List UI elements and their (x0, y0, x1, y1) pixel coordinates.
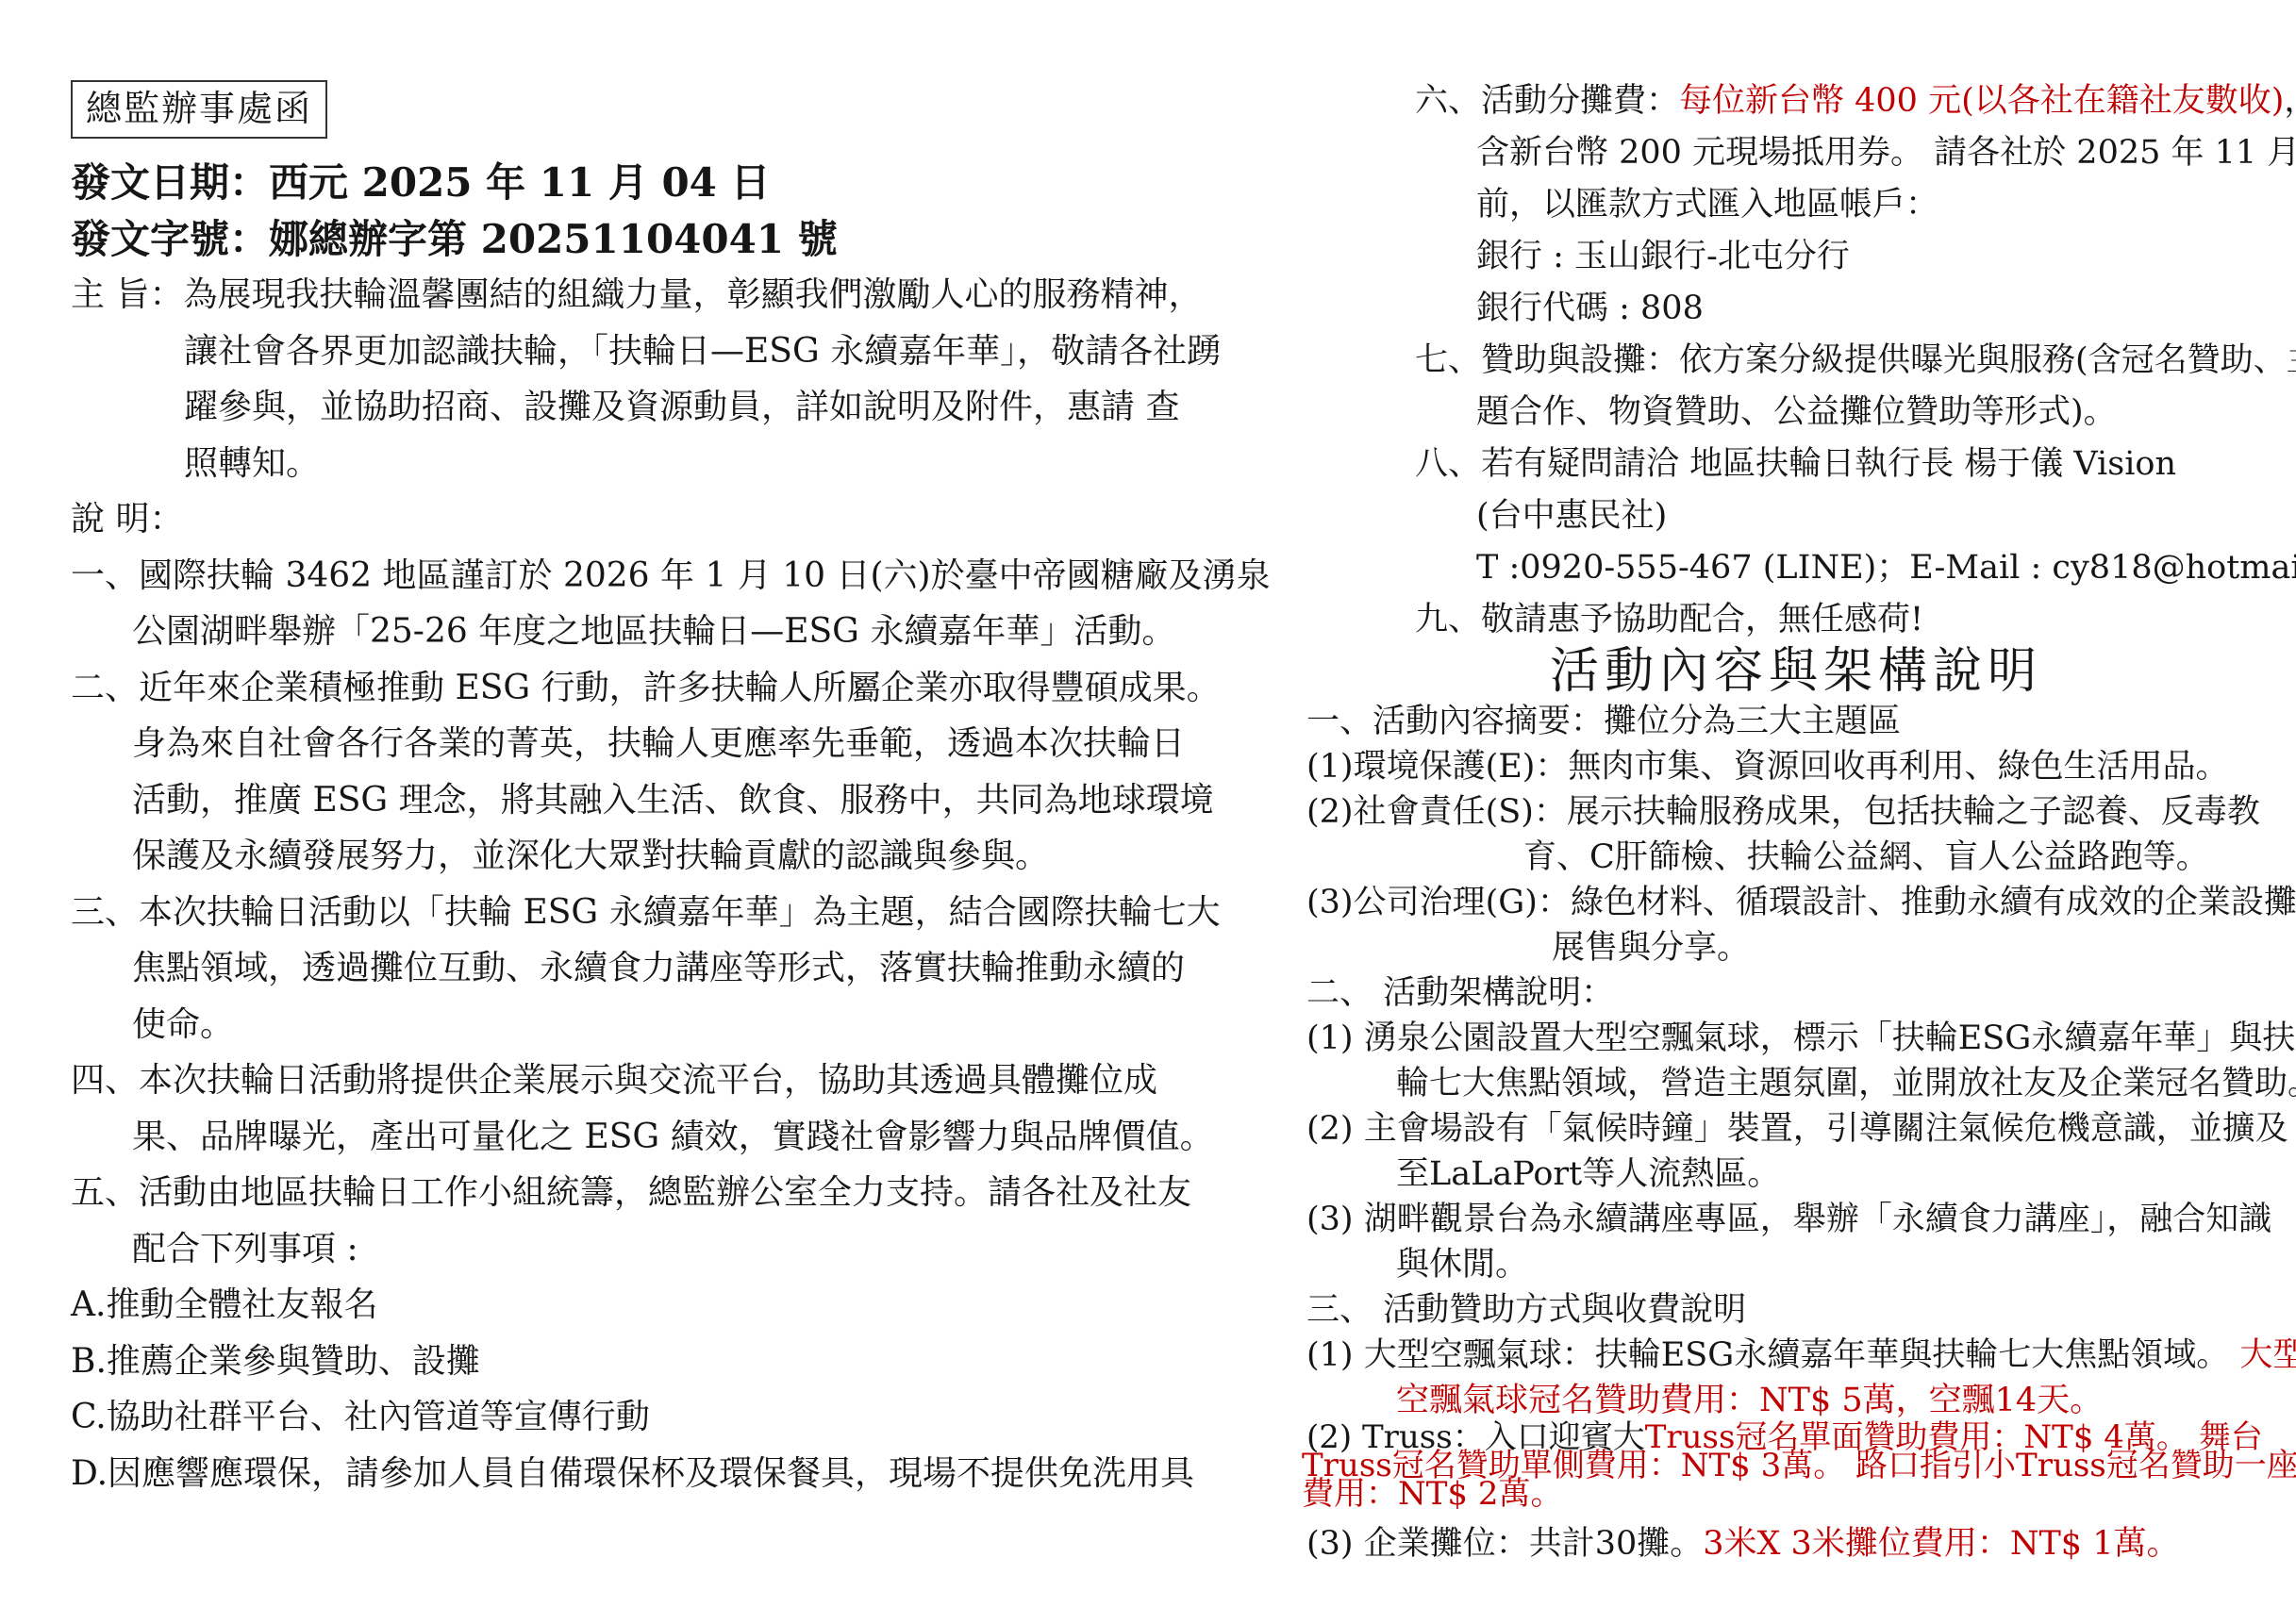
body-text: 一、活動內容摘要：攤位分為三大主題區 (1306, 703, 1901, 740)
doc-text-line: (台中惠民社) (1476, 490, 2296, 542)
body-text: (1) 大型空飄氣球：扶輪ESG永續嘉年華與扶輪七大焦點領域。 (1306, 1336, 2229, 1374)
body-text: 展售與分享。 (1552, 929, 1750, 967)
doc-text-line: (1)環境保護(E)：無肉市集、資源回收再利用、綠色生活用品。 (1306, 744, 2296, 789)
doc-text-line: (3) 湖畔觀景台為永續講座專區，舉辦「永續食力講座」，融合知識 (1306, 1197, 2296, 1242)
body-text: 七、贊助與設攤：依方案分級提供曝光與服務(含冠名贊助、主 (1415, 341, 2296, 379)
doc-text-line: 一、國際扶輪 3462 地區謹訂於 2026 年 1 月 10 日(六)於臺中帝… (71, 548, 1156, 605)
highlighted-red-text: 空飄氣球冠名贊助費用：NT$ 5萬，空飄14天。 (1396, 1382, 2103, 1419)
doc-text-line: 發文日期：西元 2025 年 11 月 04 日 (71, 155, 1156, 211)
body-text: (1)環境保護(E)：無肉市集、資源回收再利用、綠色生活用品。 (1306, 748, 2228, 786)
doc-text-line: 七、贊助與設攤：依方案分級提供曝光與服務(含冠名贊助、主 (1415, 335, 2296, 387)
doc-text-line: 果、品牌曝光，產出可量化之 ESG 績效，實踐社會影響力與品牌價值。 (132, 1109, 1156, 1166)
body-text: (3) 湖畔觀景台為永續講座專區，舉辦「永續食力講座」，融合知識 (1306, 1201, 2271, 1238)
doc-text-line: 二、 活動架構說明： (1306, 970, 2296, 1016)
highlighted-red-text: 3米X 3米攤位費用：NT$ 1萬。 (1703, 1525, 2179, 1563)
body-text: 讓社會各界更加認識扶輪，「扶輪日—ESG 永續嘉年華」，敬請各社踴 (184, 332, 1221, 371)
left-text-block: 發文日期：西元 2025 年 11 月 04 日發文字號：娜總辦字第 20251… (71, 155, 1156, 1501)
doc-text-line: C.協助社群平台、社內管道等宣傳行動 (71, 1389, 1156, 1446)
body-text: (台中惠民社) (1476, 497, 1667, 535)
body-text: (3)公司治理(G)：綠色材料、循環設計、推動永續有成效的企業設攤 (1306, 884, 2296, 921)
doc-text-line: 育、C肝篩檢、扶輪公益網、盲人公益路跑等。 (1523, 835, 2296, 880)
body-text: (2)社會責任(S)：展示扶輪服務成果，包括扶輪之子認養、反毒教 (1306, 793, 2260, 831)
doc-text-line: 題合作、物資贊助、公益攤位贊助等形式)。 (1476, 387, 2296, 439)
body-text: 二、近年來企業積極推動 ESG 行動，許多扶輪人所屬企業亦取得豐碩成果。 (71, 669, 1221, 707)
body-text: 發文字號：娜總辦字第 20251104041 號 (71, 216, 838, 262)
doc-text-line: 活動，推廣 ESG 理念，將其融入生活、飲食、服務中，共同為地球環境 (132, 772, 1156, 829)
doc-text-line: 六、活動分攤費：每位新台幣 400 元(以各社在籍社友數收)， (1415, 75, 2296, 127)
body-text: 銀行 : 玉山銀行-北屯分行 (1476, 238, 1850, 275)
doc-text-line: 前，以匯款方式匯入地區帳戶： (1476, 179, 2296, 231)
body-text: 前，以匯款方式匯入地區帳戶： (1476, 186, 1938, 224)
body-text: 發文日期：西元 2025 年 11 月 04 日 (71, 159, 771, 206)
body-text: 四、本次扶輪日活動將提供企業展示與交流平台，協助其透過具體攤位成 (71, 1061, 1157, 1100)
doc-text-line: (2) 主會場設有「氣候時鐘」裝置，引導關注氣候危機意識，並擴及 (1306, 1106, 2296, 1152)
doc-text-line: 空飄氣球冠名贊助費用：NT$ 5萬，空飄14天。 (1396, 1378, 2296, 1423)
doc-text-line: (3) 企業攤位：共計30攤。3米X 3米攤位費用：NT$ 1萬。 (1306, 1521, 2296, 1566)
body-text: 躍參與，並協助招商、設攤及資源動員，詳如說明及附件，惠請 查 (184, 388, 1179, 426)
doc-text-line: 照轉知。 (184, 436, 1156, 492)
body-text: 焦點領域，透過攤位互動、永續食力講座等形式，落實扶輪推動永續的 (132, 949, 1185, 987)
doc-text-line: (1) 湧泉公園設置大型空飄氣球，標示「扶輪ESG永續嘉年華」與扶 (1306, 1016, 2296, 1061)
left-column: 總監辦事處函 發文日期：西元 2025 年 11 月 04 日發文字號：娜總辦字… (71, 80, 1156, 1501)
body-text: 與休閒。 (1396, 1246, 1528, 1284)
body-text: 二、 活動架構說明： (1306, 974, 1614, 1012)
body-text: 至LaLaPort等人流熱區。 (1396, 1155, 1780, 1193)
doc-text-line: 讓社會各界更加認識扶輪，「扶輪日—ESG 永續嘉年華」，敬請各社踴 (184, 323, 1156, 380)
doc-type-box: 總監辦事處函 (71, 80, 327, 139)
doc-text-line: 八、若有疑問請洽 地區扶輪日執行長 楊于儀 Vision (1415, 439, 2296, 490)
highlighted-red-text: 大型 (2229, 1336, 2296, 1374)
doc-text-line: 配合下列事項 : (132, 1221, 1156, 1278)
doc-text-line: 一、活動內容摘要：攤位分為三大主題區 (1306, 699, 2296, 744)
body-text: 使命。 (132, 1005, 234, 1044)
doc-text-line: 主 旨：為展現我扶輪溫馨團結的組織力量，彰顯我們激勵人心的服務精神， (71, 267, 1156, 323)
body-text: 含新台幣 200 元現場抵用券。 請各社於 2025 年 11 月 30 日 (1476, 134, 2296, 172)
body-text: ， (2284, 82, 2296, 120)
body-text: 題合作、物資贊助、公益攤位贊助等形式)。 (1476, 393, 2117, 431)
body-text: B.推薦企業參與贊助、設攤 (71, 1342, 480, 1381)
doc-text-line: 三、本次扶輪日活動以「扶輪 ESG 永續嘉年華」為主題，結合國際扶輪七大 (71, 885, 1156, 941)
body-text: 三、 活動贊助方式與收費說明 (1306, 1291, 1746, 1329)
body-text: 果、品牌曝光，產出可量化之 ESG 績效，實踐社會影響力與品牌價值。 (132, 1118, 1214, 1156)
activity-detail-block: 一、活動內容摘要：攤位分為三大主題區(1)環境保護(E)：無肉市集、資源回收再利… (1306, 699, 2296, 1566)
body-text: 照轉知。 (184, 444, 320, 483)
body-text: C.協助社群平台、社內管道等宣傳行動 (71, 1398, 650, 1436)
doc-text-line: 保護及永續發展努力，並深化大眾對扶輪貢獻的認識與參與。 (132, 828, 1156, 885)
doc-text-line: (1) 大型空飄氣球：扶輪ESG永續嘉年華與扶輪七大焦點領域。 大型 (1306, 1333, 2296, 1378)
body-text: 六、活動分攤費： (1415, 82, 1679, 120)
doc-text-line: 銀行代碼 : 808 (1476, 283, 2296, 335)
body-text: 公園湖畔舉辦「25-26 年度之地區扶輪日—ESG 永續嘉年華」活動。 (132, 612, 1175, 651)
doc-text-line: B.推薦企業參與贊助、設攤 (71, 1334, 1156, 1390)
body-text: 育、C肝篩檢、扶輪公益網、盲人公益路跑等。 (1523, 838, 2209, 876)
doc-text-line: D.因應響應環保，請參加人員自備環保杯及環保餐具，現場不提供免洗用具 (71, 1446, 1156, 1502)
doc-text-line: 發文字號：娜總辦字第 20251104041 號 (71, 211, 1156, 268)
doc-text-line: (2)社會責任(S)：展示扶輪服務成果，包括扶輪之子認養、反毒教 (1306, 789, 2296, 835)
doc-text-line: 躍參與，並協助招商、設攤及資源動員，詳如說明及附件，惠請 查 (184, 379, 1156, 436)
doc-text-line: 使命。 (132, 997, 1156, 1053)
doc-text-line: 四、本次扶輪日活動將提供企業展示與交流平台，協助其透過具體攤位成 (71, 1052, 1156, 1109)
doc-text-line: A.推動全體社友報名 (71, 1277, 1156, 1334)
doc-text-line: 身為來自社會各行各業的菁英，扶輪人更應率先垂範，透過本次扶輪日 (132, 716, 1156, 772)
body-text: 銀行代碼 : 808 (1476, 290, 1704, 327)
body-text: (2) 主會場設有「氣候時鐘」裝置，引導關注氣候危機意識，並擴及 (1306, 1110, 2288, 1148)
body-text: 一、國際扶輪 3462 地區謹訂於 2026 年 1 月 10 日(六)於臺中帝… (71, 556, 1271, 595)
right-items-block: 六、活動分攤費：每位新台幣 400 元(以各社在籍社友數收)，含新台幣 200 … (1306, 75, 2296, 646)
doc-text-line: 輪七大焦點領域，營造主題氛圍，並開放社友及企業冠名贊助。 (1396, 1061, 2296, 1106)
doc-text-line: 二、近年來企業積極推動 ESG 行動，許多扶輪人所屬企業亦取得豐碩成果。 (71, 660, 1156, 717)
body-text: 九、敬請惠予協助配合，無任感荷! (1415, 601, 1923, 638)
doc-text-line: 說 明： (71, 491, 1156, 548)
body-text: (1) 湧泉公園設置大型空飄氣球，標示「扶輪ESG永續嘉年華」與扶 (1306, 1019, 2295, 1057)
body-text: 八、若有疑問請洽 地區扶輪日執行長 楊于儀 Vision (1415, 445, 2176, 483)
document-page: 總監辦事處函 發文日期：西元 2025 年 11 月 04 日發文字號：娜總辦字… (0, 0, 2296, 1624)
body-text: D.因應響應環保，請參加人員自備環保杯及環保餐具，現場不提供免洗用具 (71, 1454, 1194, 1493)
body-text: T :0920-555-467 (LINE)；E-Mail : cy818@ho… (1476, 549, 2296, 587)
doc-text-line: T :0920-555-467 (LINE)；E-Mail : cy818@ho… (1476, 542, 2296, 594)
doc-text-line: 三、 活動贊助方式與收費說明 (1306, 1287, 2296, 1333)
highlighted-red-text: 費用：NT$ 2萬。 (1302, 1475, 1563, 1513)
body-text: 身為來自社會各行各業的菁英，扶輪人更應率先垂範，透過本次扶輪日 (132, 724, 1185, 763)
doc-text-line: 銀行 : 玉山銀行-北屯分行 (1476, 231, 2296, 283)
doc-text-line: 焦點領域，透過攤位互動、永續食力講座等形式，落實扶輪推動永續的 (132, 940, 1156, 997)
body-text: 說 明： (71, 500, 183, 539)
body-text: 五、活動由地區扶輪日工作小組統籌，總監辦公室全力支持。請各社及社友 (71, 1173, 1191, 1212)
highlighted-red-text: 每位新台幣 400 元(以各社在籍社友數收) (1679, 82, 2284, 120)
doc-text-line: 五、活動由地區扶輪日工作小組統籌，總監辦公室全力支持。請各社及社友 (71, 1165, 1156, 1221)
body-text: 輪七大焦點領域，營造主題氛圍，並開放社友及企業冠名贊助。 (1396, 1065, 2296, 1102)
doc-text-line: 展售與分享。 (1552, 925, 2296, 970)
body-text: 三、本次扶輪日活動以「扶輪 ESG 永續嘉年華」為主題，結合國際扶輪七大 (71, 893, 1221, 932)
body-text: 保護及永續發展努力，並深化大眾對扶輪貢獻的認識與參與。 (132, 837, 1049, 875)
right-column: 六、活動分攤費：每位新台幣 400 元(以各社在籍社友數收)，含新台幣 200 … (1306, 75, 2296, 1566)
doc-text-line: 公園湖畔舉辦「25-26 年度之地區扶輪日—ESG 永續嘉年華」活動。 (132, 604, 1156, 660)
doc-text-line: 與休閒。 (1396, 1242, 2296, 1287)
body-text: A.推動全體社友報名 (71, 1285, 377, 1324)
body-text: 配合下列事項 : (132, 1230, 358, 1268)
body-text: 活動，推廣 ESG 理念，將其融入生活、飲食、服務中，共同為地球環境 (132, 781, 1214, 820)
body-text: (3) 企業攤位：共計30攤。 (1306, 1525, 1703, 1563)
doc-text-line: (3)公司治理(G)：綠色材料、循環設計、推動永續有成效的企業設攤 (1306, 880, 2296, 925)
doc-text-line: 含新台幣 200 元現場抵用券。 請各社於 2025 年 11 月 30 日 (1476, 127, 2296, 179)
doc-text-line: 至LaLaPort等人流熱區。 (1396, 1152, 2296, 1197)
activity-section-heading: 活動內容與架構說明 (1550, 638, 2296, 704)
body-text: 主 旨：為展現我扶輪溫馨團結的組織力量，彰顯我們激勵人心的服務精神， (71, 275, 1202, 314)
